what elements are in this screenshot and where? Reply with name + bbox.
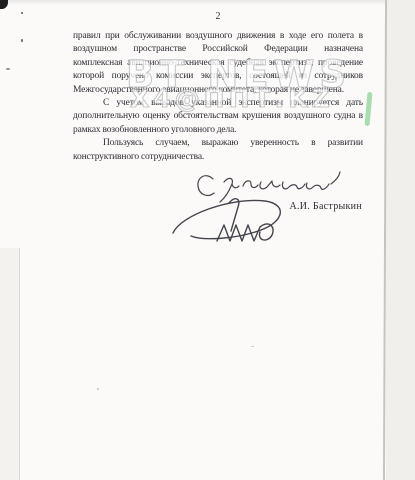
paragraph: правил при обслуживании воздушного движе… [73,30,363,97]
body-line: воздушном пространстве Российской Федера… [73,43,363,56]
margin-highlight-mark [365,92,373,126]
body-line: Пользуясь случаем, выражаю уверенность в… [73,137,363,150]
body-line: Межгосударственного авиационного комитет… [73,84,363,97]
page-left-edge-line [19,248,20,480]
signer-name: А.И. Бастрыкин [240,201,362,212]
body-line: которой поручено комиссии экспертов, сос… [73,70,363,83]
body-line: рамках возобновленного уголовного дела. [73,124,363,137]
body-line: комплексная авиационно-техническая судеб… [73,57,363,70]
scan-artifact-speck [21,39,23,42]
paragraph: С учетом выводов указанной экспертизы пл… [73,97,363,137]
body-line: дополнительную оценку обстоятельствам кр… [73,110,363,123]
page-number: 2 [73,11,363,22]
scan-top-shadow [0,0,415,5]
scan-artifact-speck [251,346,254,347]
scanned-letter-page: 2 правил при обслуживании воздушного дви… [0,0,415,480]
scan-artifact-speck [97,388,99,390]
body-line: С учетом выводов указанной экспертизы пл… [73,97,363,110]
page-left-margin-area [0,248,19,480]
letter-body: правил при обслуживании воздушного движе… [73,30,363,164]
paragraph: Пользуясь случаем, выражаю уверенность в… [73,137,363,164]
scan-artifact-corner [0,0,8,9]
page-right-margin-area [386,0,415,480]
body-line: конструктивного сотрудничества. [73,151,363,164]
scan-artifact-speck [6,68,10,70]
scan-artifact-speck [21,12,23,14]
body-line: правил при обслуживании воздушного движе… [73,30,363,43]
